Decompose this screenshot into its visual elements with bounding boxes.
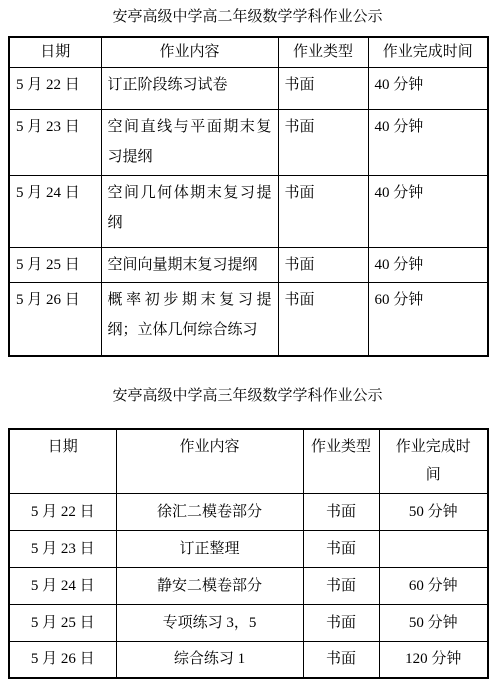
type-cell: 书面 xyxy=(278,247,368,282)
table-row: 5 月 26 日 概率初步期末复习提纲；立体几何综合练习 书面 60 分钟 xyxy=(9,282,488,356)
time-cell: 50 分钟 xyxy=(379,604,488,641)
type-cell: 书面 xyxy=(278,175,368,247)
date-cell: 5 月 25 日 xyxy=(9,604,116,641)
homework-announcement-document: 安亭高级中学高二年级数学学科作业公示 日期 作业内容 作业类型 作业完成时间 5… xyxy=(0,0,495,679)
date-cell: 5 月 24 日 xyxy=(9,175,101,247)
table-header-row: 日期 作业内容 作业类型 作业完成时间 xyxy=(9,429,488,493)
content-cell: 订正整理 xyxy=(116,530,303,567)
content-cell: 概率初步期末复习提纲；立体几何综合练习 xyxy=(101,282,278,356)
date-cell: 5 月 22 日 xyxy=(9,493,116,530)
grade12-table-title: 安亭高级中学高三年级数学学科作业公示 xyxy=(8,357,487,428)
column-header-type: 作业类型 xyxy=(278,37,368,67)
column-header-time: 作业完成时间 xyxy=(379,429,488,493)
type-cell: 书面 xyxy=(278,282,368,356)
type-cell: 书面 xyxy=(303,493,379,530)
content-cell: 空间直线与平面期末复习提纲 xyxy=(101,109,278,175)
column-header-date: 日期 xyxy=(9,37,101,67)
time-cell xyxy=(379,530,488,567)
time-cell: 40 分钟 xyxy=(368,175,488,247)
grade11-homework-table: 日期 作业内容 作业类型 作业完成时间 5 月 22 日 订正阶段练习试卷 书面… xyxy=(8,36,489,357)
date-cell: 5 月 23 日 xyxy=(9,109,101,175)
content-cell: 综合练习 1 xyxy=(116,641,303,678)
table-row: 5 月 22 日 订正阶段练习试卷 书面 40 分钟 xyxy=(9,67,488,109)
grade12-homework-table: 日期 作业内容 作业类型 作业完成时间 5 月 22 日 徐汇二模卷部分 书面 … xyxy=(8,428,489,679)
type-cell: 书面 xyxy=(303,530,379,567)
type-cell: 书面 xyxy=(278,109,368,175)
column-header-type: 作业类型 xyxy=(303,429,379,493)
table-row: 5 月 24 日 空间几何体期末复习提纲 书面 40 分钟 xyxy=(9,175,488,247)
content-cell: 专项练习 3，5 xyxy=(116,604,303,641)
date-cell: 5 月 23 日 xyxy=(9,530,116,567)
column-header-date: 日期 xyxy=(9,429,116,493)
time-cell: 60 分钟 xyxy=(379,567,488,604)
date-cell: 5 月 26 日 xyxy=(9,641,116,678)
time-cell: 40 分钟 xyxy=(368,247,488,282)
content-cell: 静安二模卷部分 xyxy=(116,567,303,604)
time-cell: 60 分钟 xyxy=(368,282,488,356)
content-cell: 徐汇二模卷部分 xyxy=(116,493,303,530)
date-cell: 5 月 26 日 xyxy=(9,282,101,356)
type-cell: 书面 xyxy=(303,604,379,641)
date-cell: 5 月 24 日 xyxy=(9,567,116,604)
table-row: 5 月 24 日 静安二模卷部分 书面 60 分钟 xyxy=(9,567,488,604)
table-row: 5 月 23 日 订正整理 书面 xyxy=(9,530,488,567)
column-header-content: 作业内容 xyxy=(101,37,278,67)
table-header-row: 日期 作业内容 作业类型 作业完成时间 xyxy=(9,37,488,67)
type-cell: 书面 xyxy=(303,641,379,678)
content-cell: 空间向量期末复习提纲 xyxy=(101,247,278,282)
table-row: 5 月 25 日 空间向量期末复习提纲 书面 40 分钟 xyxy=(9,247,488,282)
table-row: 5 月 25 日 专项练习 3，5 书面 50 分钟 xyxy=(9,604,488,641)
date-cell: 5 月 22 日 xyxy=(9,67,101,109)
grade11-table-title: 安亭高级中学高二年级数学学科作业公示 xyxy=(8,0,487,36)
content-cell: 订正阶段练习试卷 xyxy=(101,67,278,109)
table-row: 5 月 26 日 综合练习 1 书面 120 分钟 xyxy=(9,641,488,678)
time-cell: 120 分钟 xyxy=(379,641,488,678)
column-header-content: 作业内容 xyxy=(116,429,303,493)
date-cell: 5 月 25 日 xyxy=(9,247,101,282)
type-cell: 书面 xyxy=(278,67,368,109)
table-row: 5 月 22 日 徐汇二模卷部分 书面 50 分钟 xyxy=(9,493,488,530)
time-cell: 40 分钟 xyxy=(368,67,488,109)
content-cell: 空间几何体期末复习提纲 xyxy=(101,175,278,247)
table-row: 5 月 23 日 空间直线与平面期末复习提纲 书面 40 分钟 xyxy=(9,109,488,175)
time-cell: 40 分钟 xyxy=(368,109,488,175)
type-cell: 书面 xyxy=(303,567,379,604)
column-header-time: 作业完成时间 xyxy=(368,37,488,67)
time-cell: 50 分钟 xyxy=(379,493,488,530)
